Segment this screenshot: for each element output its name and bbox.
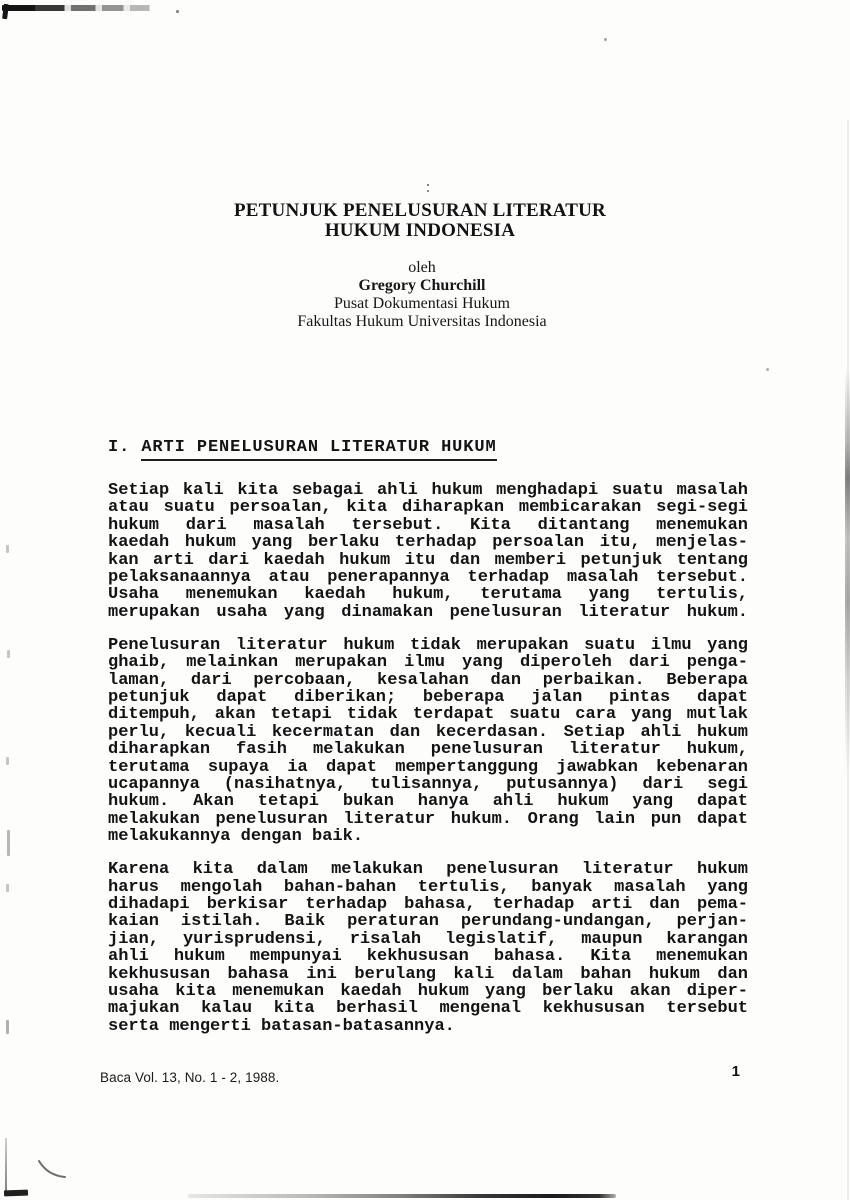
text-line: Karena kita dalam melakukan penelusuran … bbox=[108, 861, 748, 878]
text-line: merupakan usaha yang dinamakan penelusur… bbox=[108, 604, 748, 621]
scan-artifact-bottom-left-foot bbox=[4, 1190, 28, 1197]
text-line: laman, dari percobaan, kesalahan dan per… bbox=[108, 672, 748, 689]
scan-speck bbox=[427, 184, 429, 186]
page-number: 1 bbox=[710, 1063, 740, 1080]
text-line: kan arti dari kaedah hukum itu dan membe… bbox=[108, 552, 748, 569]
text-line: hukum dari masalah tersebut. Kita ditant… bbox=[108, 517, 748, 534]
scan-margin-mark bbox=[6, 884, 9, 892]
text-line: ghaib, melainkan merupakan ilmu yang dip… bbox=[108, 654, 748, 671]
text-line: kaian istilah. Baik peraturan perundang-… bbox=[108, 913, 748, 930]
text-line: usaha kita menemukan kaedah hukum yang b… bbox=[108, 983, 748, 1000]
text-line: ahli hukum mempunyai kekhususan bahasa. … bbox=[108, 948, 748, 965]
paragraph-1: Setiap kali kita sebagai ahli hukum meng… bbox=[108, 482, 748, 621]
text-line: terutama supaya ia dapat mempertanggung … bbox=[108, 759, 748, 776]
scan-artifact-right-strip bbox=[845, 370, 850, 770]
paragraph-3: Karena kita dalam melakukan penelusuran … bbox=[108, 861, 748, 1035]
text-line: pelaksanaannya atau penerapannya terhada… bbox=[108, 569, 748, 586]
scan-margin-mark bbox=[6, 757, 9, 765]
scan-artifact-top-dot bbox=[176, 10, 179, 13]
title-line-1: PETUNJUK PENELUSURAN LITERATUR bbox=[0, 201, 840, 221]
byline: oleh Gregory Churchill Pusat Dokumentasi… bbox=[0, 259, 844, 331]
scan-artifact-top-left-tick bbox=[2, 4, 9, 19]
text-line: Penelusuran literatur hukum tidak merupa… bbox=[108, 637, 748, 654]
scan-speck bbox=[766, 368, 769, 371]
section-number: I. bbox=[108, 438, 130, 457]
scan-artifact-bottom-line bbox=[188, 1194, 616, 1198]
paragraph-2: Penelusuran literatur hukum tidak merupa… bbox=[108, 637, 748, 846]
text-line: kaedah hukum yang berlaku terhadap perso… bbox=[108, 534, 748, 551]
body-text: Setiap kali kita sebagai ahli hukum meng… bbox=[108, 482, 748, 1051]
text-line: kekhususan bahasa ini berulang kali dala… bbox=[108, 966, 748, 983]
scan-artifact-pen-curve bbox=[36, 1158, 68, 1182]
scanned-document-page: PETUNJUK PENELUSURAN LITERATUR HUKUM IND… bbox=[0, 0, 850, 1200]
document-title: PETUNJUK PENELUSURAN LITERATUR HUKUM IND… bbox=[0, 201, 840, 240]
text-line: ucapannya (nasihatnya, tulisannya, putus… bbox=[108, 776, 748, 793]
text-line: petunjuk dapat diberikan; beberapa jalan… bbox=[108, 689, 748, 706]
author-name: Gregory Churchill bbox=[0, 277, 844, 295]
text-line: harus mengolah bahan-bahan tertulis, ban… bbox=[108, 879, 748, 896]
scan-artifact-top-left-line bbox=[2, 5, 166, 11]
text-line: Usaha menemukan kaedah hukum, terutama y… bbox=[108, 586, 748, 603]
text-line: majukan kalau kita berhasil mengenal kek… bbox=[108, 1000, 748, 1017]
text-line: jian, yurisprudensi, risalah legislatif,… bbox=[108, 931, 748, 948]
scan-margin-mark bbox=[6, 545, 9, 553]
footer-citation: Baca Vol. 13, No. 1 - 2, 1988. bbox=[100, 1070, 279, 1085]
section-heading: I. ARTI PENELUSURAN LITERATUR HUKUM bbox=[108, 438, 497, 457]
title-line-2: HUKUM INDONESIA bbox=[0, 221, 840, 241]
text-line: melakukan penelusuran literatur hukum. O… bbox=[108, 811, 748, 828]
text-line: atau suatu persoalan, kita diharapkan me… bbox=[108, 499, 748, 516]
institution-line-2: Fakultas Hukum Universitas Indonesia bbox=[0, 313, 844, 331]
scan-artifact-bottom-left-line bbox=[5, 1138, 7, 1194]
scan-margin-mark bbox=[7, 830, 10, 856]
text-line: dihadapi berkisar terhadap bahasa, terha… bbox=[108, 896, 748, 913]
scan-speck bbox=[604, 38, 607, 41]
text-line: Setiap kali kita sebagai ahli hukum meng… bbox=[108, 482, 748, 499]
section-title: ARTI PENELUSURAN LITERATUR HUKUM bbox=[141, 438, 496, 461]
byline-preposition: oleh bbox=[0, 259, 844, 277]
institution-line-1: Pusat Dokumentasi Hukum bbox=[0, 295, 844, 313]
text-line: perlu, kecuali kecermatan dan kecerdasan… bbox=[108, 724, 748, 741]
text-line: diharapkan fasih melakukan penelusuran l… bbox=[108, 741, 748, 758]
text-line: serta mengerti batasan-batasannya. bbox=[108, 1018, 748, 1035]
text-line: ditempuh, akan tetapi tidak terdapat sua… bbox=[108, 706, 748, 723]
scan-margin-mark bbox=[6, 1020, 9, 1034]
scan-margin-mark bbox=[7, 650, 10, 658]
scan-artifact-right-edge bbox=[847, 120, 849, 1200]
text-line: hukum. Akan tetapi bukan hanya ahli huku… bbox=[108, 793, 748, 810]
text-line: melakukannya dengan baik. bbox=[108, 828, 748, 845]
